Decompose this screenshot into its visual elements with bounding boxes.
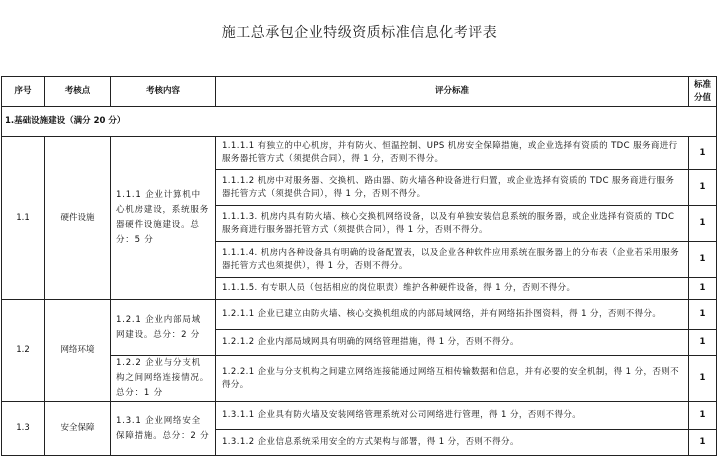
group-content: 1.2.1 企业内部局域网建设。总分：2 分 [111, 300, 216, 356]
table-row: 1.1 硬件设施 1.1.1 企业计算机中心机房建设，系统服务器硬件设施建设。总… [2, 137, 717, 170]
header-score: 标准分值 [689, 77, 717, 107]
criteria-score: 1 [689, 356, 717, 402]
group-no: 1.2 [2, 300, 45, 402]
section-row: 1.基础设施建设（满分 20 分） [2, 107, 717, 137]
header-row: 序号 考核点 考核内容 评分标准 标准分值 [2, 77, 717, 107]
group-point: 安全保障 [45, 402, 111, 456]
criteria-text: 1.1.1.3. 机房内具有防火墙、核心交换机网络设备，以及有单独安装信息系统的… [216, 206, 689, 242]
criteria-text: 1.2.2.1 企业与分支机构之间建立网络连接能通过网络互相传输数据和信息，并有… [216, 356, 689, 402]
criteria-score: 1 [689, 430, 717, 456]
group-no: 1.3 [2, 402, 45, 456]
group-no: 1.1 [2, 137, 45, 300]
criteria-score: 1 [689, 278, 717, 300]
criteria-score: 1 [689, 137, 717, 170]
criteria-text: 1.3.1.2 企业信息系统采用安全的方式架构与部署，得 1 分，否则不得分。 [216, 430, 689, 456]
header-no: 序号 [2, 77, 45, 107]
group-point: 网络环境 [45, 300, 111, 402]
table-row: 1.2 网络环境 1.2.1 企业内部局域网建设。总分：2 分 1.2.1.1 … [2, 300, 717, 330]
page-title: 施工总承包企业特级资质标准信息化考评表 [0, 22, 719, 42]
criteria-score: 1 [689, 300, 717, 330]
criteria-text: 1.1.1.2 机房中对服务器、交换机、路由器、防火墙各种设备进行归置，或企业选… [216, 170, 689, 206]
header-point: 考核点 [45, 77, 111, 107]
criteria-score: 1 [689, 402, 717, 430]
criteria-text: 1.2.1.2 企业内部局域网具有明确的网络管理措施，得 1 分，否则不得分。 [216, 330, 689, 356]
header-criteria: 评分标准 [216, 77, 689, 107]
table-row: 1.3 安全保障 1.3.1 企业网络安全保障措施。总分：2 分 1.3.1.1… [2, 402, 717, 430]
evaluation-table: 序号 考核点 考核内容 评分标准 标准分值 1.基础设施建设（满分 20 分） … [1, 76, 717, 456]
group-content: 1.1.1 企业计算机中心机房建设，系统服务器硬件设施建设。总分：5 分 [111, 137, 216, 300]
criteria-text: 1.3.1.1 企业具有防火墙及安装网络管理系统对公司网络进行管理，得 1 分，… [216, 402, 689, 430]
criteria-score: 1 [689, 330, 717, 356]
header-content: 考核内容 [111, 77, 216, 107]
group-content: 1.2.2 企业与分支机构之间网络连接情况。总分：1 分 [111, 356, 216, 402]
criteria-text: 1.2.1.1 企业已建立由防火墙、核心交换机组成的内部局域网络，并有网络拓扑图… [216, 300, 689, 330]
criteria-text: 1.1.1.5. 有专职人员（包括相应的岗位职责）维护各种硬件设备，得 1 分，… [216, 278, 689, 300]
group-point: 硬件设施 [45, 137, 111, 300]
criteria-text: 1.1.1.1 有独立的中心机房，并有防火、恒温控制、UPS 机房安全保障措施，… [216, 137, 689, 170]
group-content: 1.3.1 企业网络安全保障措施。总分：2 分 [111, 402, 216, 456]
criteria-score: 1 [689, 206, 717, 242]
section-title: 1.基础设施建设（满分 20 分） [2, 107, 717, 137]
criteria-score: 1 [689, 170, 717, 206]
criteria-text: 1.1.1.4. 机房内各种设备具有明确的设备配置表，以及企业各种软件应用系统在… [216, 242, 689, 278]
criteria-score: 1 [689, 242, 717, 278]
